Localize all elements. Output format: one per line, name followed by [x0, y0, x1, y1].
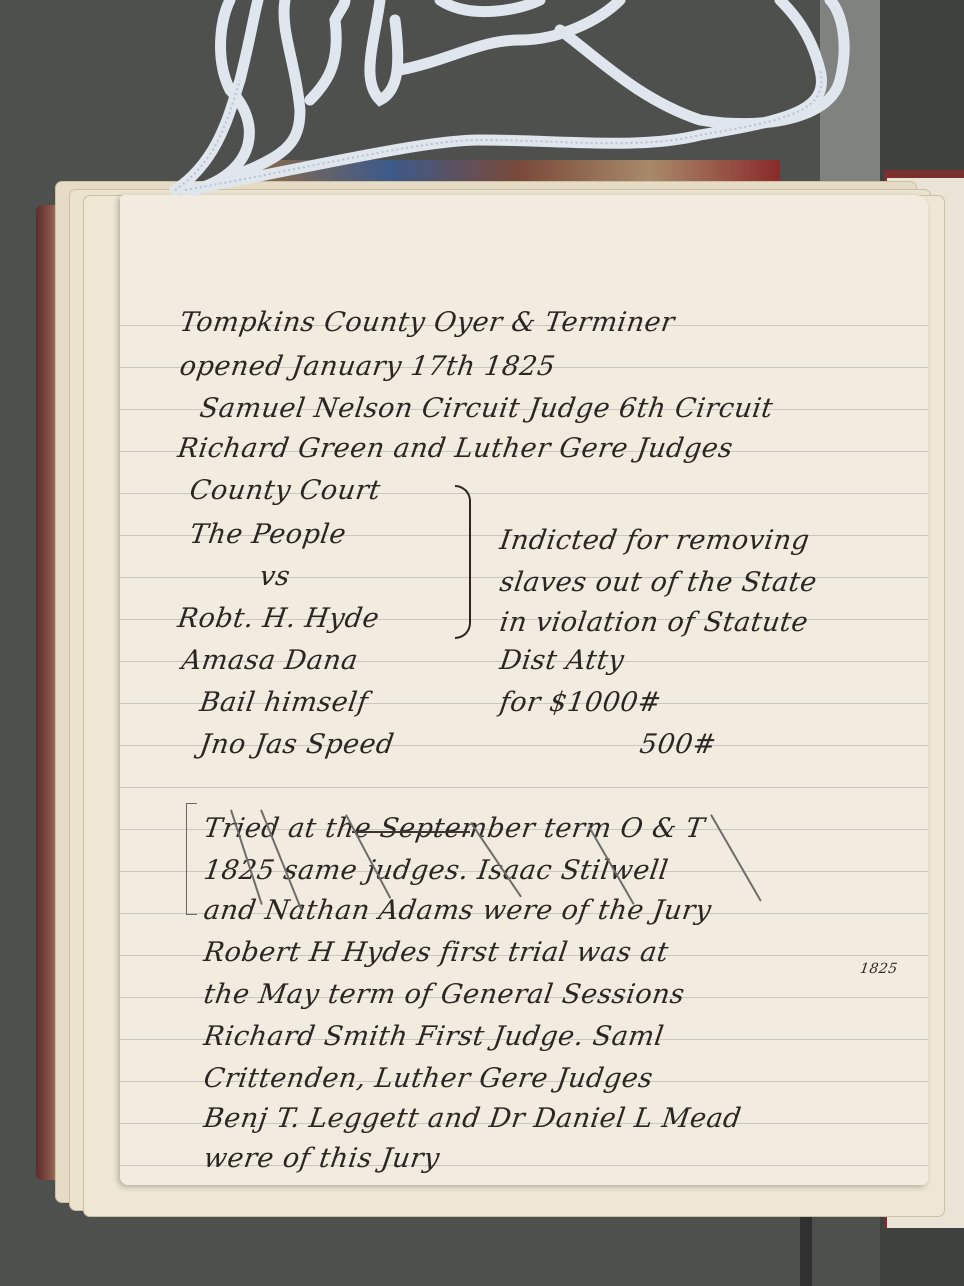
note-line-5: the May term of General Sessions: [202, 979, 687, 1010]
note-line-1: Tried at the September term O & T: [202, 813, 707, 844]
note-line-2: 1825 same judges. Isaac Stilwell: [202, 855, 670, 886]
district-attorney-title: Dist Atty: [498, 645, 626, 676]
note-line-9: were of this Jury: [202, 1143, 442, 1174]
charge-line-2: slaves out of the State: [498, 567, 819, 598]
versus-label: vs: [258, 561, 292, 592]
brace: [455, 485, 471, 639]
note-line-7: Crittenden, Luther Gere Judges: [202, 1063, 655, 1094]
court-name: County Court: [188, 475, 383, 506]
defendant: Robt. H. Hyde: [176, 603, 382, 634]
rule-line: [120, 787, 928, 788]
charge-line-1: Indicted for removing: [498, 525, 812, 556]
note-line-6: Richard Smith First Judge. Saml: [202, 1021, 666, 1052]
header-line-3: Samuel Nelson Circuit Judge 6th Circuit: [198, 393, 775, 424]
plaintiff: The People: [188, 519, 348, 550]
district-attorney-name: Amasa Dana: [180, 645, 360, 676]
marginal-year: 1825: [859, 961, 899, 977]
surety-amount: 500#: [638, 729, 719, 760]
bail-line: Bail himself: [198, 687, 370, 718]
strikethrough: [352, 831, 470, 833]
note-line-4: Robert H Hydes first trial was at: [202, 937, 671, 968]
header-line-1: Tompkins County Oyer & Terminer: [178, 307, 677, 338]
cord-icon: [0, 0, 964, 300]
ledger-page: Tompkins County Oyer & Terminer opened J…: [120, 195, 928, 1185]
surety-name: Jno Jas Speed: [198, 729, 396, 760]
note-line-3: and Nathan Adams were of the Jury: [202, 895, 714, 926]
header-line-2: opened January 17th 1825: [178, 351, 558, 382]
pencil-mark: [710, 814, 762, 902]
bail-amount: for $1000#: [498, 687, 664, 718]
charge-line-3: in violation of Statute: [498, 607, 810, 638]
header-line-4: Richard Green and Luther Gere Judges: [176, 433, 735, 464]
note-line-8: Benj T. Leggett and Dr Daniel L Mead: [202, 1103, 743, 1134]
pencil-bracket: [186, 803, 197, 915]
